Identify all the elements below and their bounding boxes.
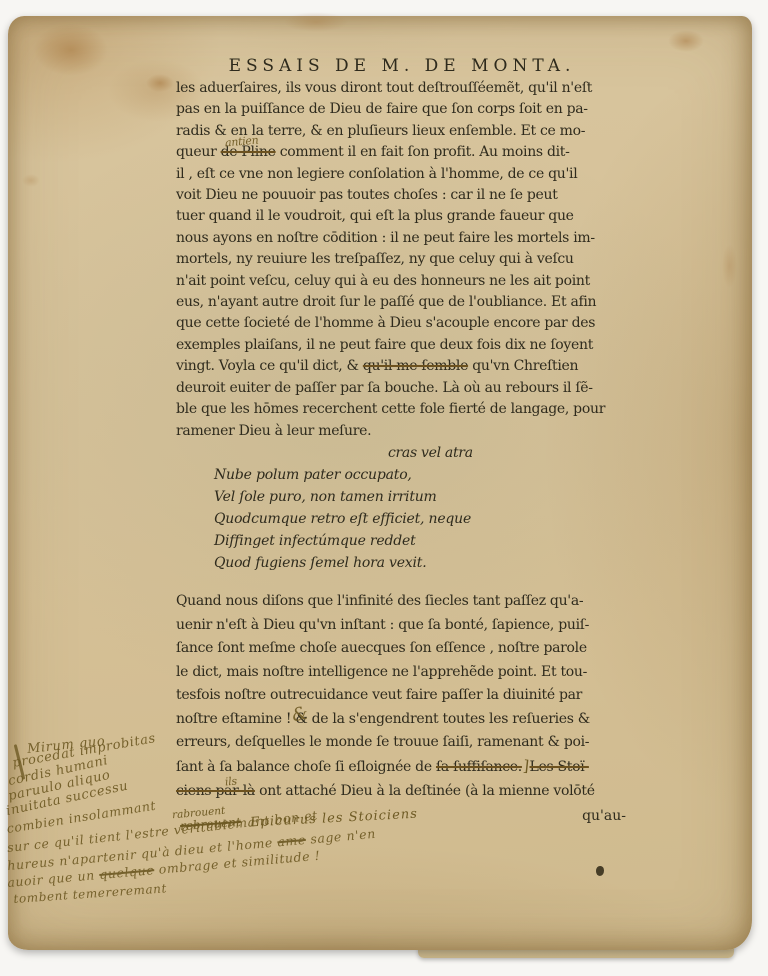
text-segment: qu'vn Chreſtien: [468, 358, 578, 374]
paragraph: les aduerſaires, ils vous diront tout de…: [176, 78, 628, 442]
verse-line: Quodcumque retro eſt efficiet, neque: [176, 508, 628, 530]
struck-text: ciens par là: [176, 783, 255, 799]
ink-spot: [596, 866, 604, 876]
text-segment: comment il en fait ſon profit. Au moins …: [276, 144, 570, 160]
text-line: ble que les hōmes recerchent cette fole …: [176, 399, 628, 420]
text-line: pas en la puiſſance de Dieu de faire que…: [176, 99, 628, 120]
book-page: ESSAIS DE M. DE MONTA. les aduerſaires, …: [8, 16, 752, 950]
handwritten-segment: sage n'en: [305, 826, 376, 847]
struck-text: ſa ſuffiſance.: [436, 759, 522, 775]
text-line: noſtre eſtamine ! && de la s'engendrent …: [176, 708, 628, 732]
foxing-stain: [722, 244, 737, 288]
foxing-stain: [668, 30, 704, 52]
text-line: vingt. Voyla ce qu'il dict, & qu'il me ſ…: [176, 356, 628, 377]
struck-text: qu'il me ſemble: [363, 358, 468, 374]
verse-line: Nube polum pater occupato,: [176, 464, 628, 486]
text-line: les aduerſaires, ils vous diront tout de…: [176, 78, 628, 99]
text-segment: ont attaché Dieu à la deſtinée (à la mie…: [255, 783, 595, 799]
text-line: que cette ſocieté de l'homme à Dieu s'ac…: [176, 313, 628, 334]
photo-background: ESSAIS DE M. DE MONTA. les aduerſaires, …: [0, 0, 768, 976]
latin-verse: Nube polum pater occupato, Vel ſole puro…: [176, 464, 628, 574]
handwritten-annotation: antien: [224, 130, 259, 154]
verse-line: Quod fugiens ſemel hora vexit.: [176, 552, 628, 574]
text-line: nous ayons en noſtre cōdition : il ne pe…: [176, 228, 628, 249]
foxing-stain: [34, 24, 108, 76]
text-line: le dict, mais noſtre intelligence ne l'a…: [176, 661, 628, 685]
text-line: erreurs, deſquelles le monde ſe trouue ſ…: [176, 731, 628, 755]
paragraph: Quand nous diſons que l'infinité des ſie…: [176, 590, 628, 803]
text-line: queur de Plineantien comment il en fait …: [176, 142, 628, 163]
text-segment: queur: [176, 144, 221, 160]
text-line: ciens par làils ont attaché Dieu à la de…: [176, 780, 628, 804]
quote-intro: cras vel atra: [176, 442, 628, 464]
text-segment: noſtre eſtamine !: [176, 711, 295, 727]
struck-text: Les Stoï-: [530, 759, 589, 775]
text-line: tesfois noſtre outrecuidance veut faire …: [176, 684, 628, 708]
foxing-stain: [22, 174, 40, 187]
text-segment: vingt. Voyla ce qu'il dict, &: [176, 358, 363, 374]
handwritten-bracket: ]: [521, 755, 531, 779]
text-line: tuer quand il le voudroit, qui eſt la pl…: [176, 206, 628, 227]
text-line: mortels, ny reuiure les treſpaſſez, ny q…: [176, 249, 628, 270]
overwritten-ampersand: &&: [295, 708, 307, 732]
handwritten-struck-word: ame: [277, 832, 307, 849]
verse-line: Vel ſole puro, non tamen irritum: [176, 486, 628, 508]
foxing-stain: [284, 12, 348, 32]
corrected-word: de Plineantien: [221, 142, 276, 163]
corrected-word: ciens par làils: [176, 780, 255, 804]
text-line: ramener Dieu à leur meſure.: [176, 421, 628, 442]
text-line: uenir n'eſt à Dieu qu'vn inſtant : que ſ…: [176, 614, 628, 638]
text-line: ſance ſont meſme choſe auecques ſon eſſe…: [176, 637, 628, 661]
text-line: ſant à ſa balance choſe ſi eſloignée de …: [176, 755, 628, 780]
text-segment: de la s'engendrent toutes les reſueries …: [307, 711, 589, 727]
text-line: n'ait point veſcu, celuy qui à eu des ho…: [176, 271, 628, 292]
text-line: exemples plaiſans, il ne peut faire que …: [176, 335, 628, 356]
text-block: les aduerſaires, ils vous diront tout de…: [176, 78, 628, 827]
text-line: eus, n'ayant autre droit ſur le paſſé qu…: [176, 292, 628, 313]
foxing-stain: [146, 74, 174, 92]
text-segment: ſant à ſa balance choſe ſi eſloignée de: [176, 759, 436, 775]
verse-line: Diffinget infectúmque reddet: [176, 530, 628, 552]
text-line: il , eſt ce vne non legiere conſolation …: [176, 164, 628, 185]
text-line: deuroit euiter de paſſer par ſa bouche. …: [176, 378, 628, 399]
handwritten-annotation: ils: [224, 769, 238, 794]
text-line: voit Dieu ne pouuoir pas toutes choſes :…: [176, 185, 628, 206]
handwritten-struck-word: quelque: [99, 862, 155, 882]
text-line: Quand nous diſons que l'infinité des ſie…: [176, 590, 628, 614]
running-header: ESSAIS DE M. DE MONTA.: [176, 56, 628, 76]
